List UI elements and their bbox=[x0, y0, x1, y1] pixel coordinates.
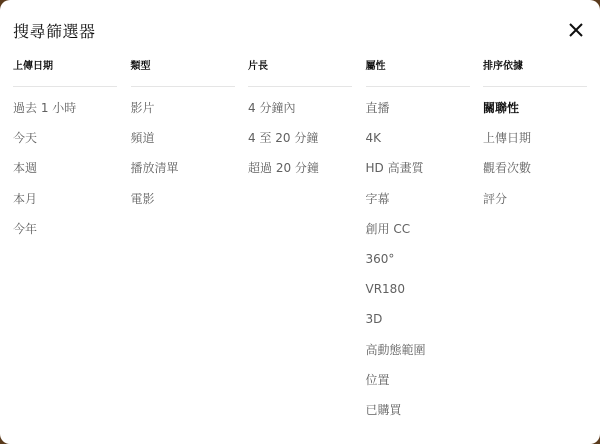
filter-option[interactable]: 過去 1 小時 bbox=[13, 101, 131, 131]
filter-option[interactable]: 本月 bbox=[13, 192, 131, 222]
filter-option[interactable]: 頻道 bbox=[131, 131, 249, 161]
sort-option[interactable]: 評分 bbox=[483, 192, 600, 222]
filter-option[interactable]: 4 分鐘內 bbox=[248, 101, 366, 131]
search-filters-dialog: 搜尋篩選器 上傳日期 過去 1 小時 今天 本週 本月 今年 類型 影片 頻道 … bbox=[0, 0, 600, 444]
column-header: 上傳日期 bbox=[13, 58, 117, 76]
divider bbox=[131, 86, 235, 87]
dialog-title: 搜尋篩選器 bbox=[13, 19, 96, 42]
filter-option[interactable]: 今天 bbox=[13, 131, 131, 161]
sort-option[interactable]: 觀看次數 bbox=[483, 161, 600, 191]
close-button[interactable] bbox=[565, 19, 587, 41]
filter-column-features: 屬性 直播 4K HD 高畫質 字幕 創用 CC 360° VR180 3D 高… bbox=[366, 58, 484, 433]
filter-option[interactable]: 已購買 bbox=[366, 403, 484, 433]
filter-option[interactable]: 直播 bbox=[366, 101, 484, 131]
column-header: 屬性 bbox=[366, 58, 470, 76]
filter-option[interactable]: 播放清單 bbox=[131, 161, 249, 191]
column-header: 排序依據 bbox=[483, 58, 587, 76]
filter-option[interactable]: 3D bbox=[366, 312, 484, 342]
filter-column-duration: 片長 4 分鐘內 4 至 20 分鐘 超過 20 分鐘 bbox=[248, 58, 366, 433]
filter-option[interactable]: VR180 bbox=[366, 282, 484, 312]
column-header: 片長 bbox=[248, 58, 352, 76]
filter-option[interactable]: 字幕 bbox=[366, 192, 484, 222]
filter-columns: 上傳日期 過去 1 小時 今天 本週 本月 今年 類型 影片 頻道 播放清單 電… bbox=[13, 58, 600, 433]
divider bbox=[483, 86, 587, 87]
filter-option[interactable]: HD 高畫質 bbox=[366, 161, 484, 191]
column-header: 類型 bbox=[131, 58, 235, 76]
filter-column-type: 類型 影片 頻道 播放清單 電影 bbox=[131, 58, 249, 433]
filter-option[interactable]: 超過 20 分鐘 bbox=[248, 161, 366, 191]
sort-option[interactable]: 上傳日期 bbox=[483, 131, 600, 161]
filter-option[interactable]: 4K bbox=[366, 131, 484, 161]
divider bbox=[366, 86, 470, 87]
filter-option[interactable]: 創用 CC bbox=[366, 222, 484, 252]
sort-option-selected[interactable]: 關聯性 bbox=[483, 101, 600, 131]
filter-column-upload-date: 上傳日期 過去 1 小時 今天 本週 本月 今年 bbox=[13, 58, 131, 433]
filter-option[interactable]: 位置 bbox=[366, 373, 484, 403]
filter-option[interactable]: 360° bbox=[366, 252, 484, 282]
filter-option[interactable]: 電影 bbox=[131, 192, 249, 222]
close-icon bbox=[565, 19, 587, 41]
divider bbox=[248, 86, 352, 87]
filter-option[interactable]: 4 至 20 分鐘 bbox=[248, 131, 366, 161]
filter-option[interactable]: 本週 bbox=[13, 161, 131, 191]
filter-column-sort-by: 排序依據 關聯性 上傳日期 觀看次數 評分 bbox=[483, 58, 600, 433]
filter-option[interactable]: 影片 bbox=[131, 101, 249, 131]
divider bbox=[13, 86, 117, 87]
filter-option[interactable]: 今年 bbox=[13, 222, 131, 252]
filter-option[interactable]: 高動態範圍 bbox=[366, 343, 484, 373]
